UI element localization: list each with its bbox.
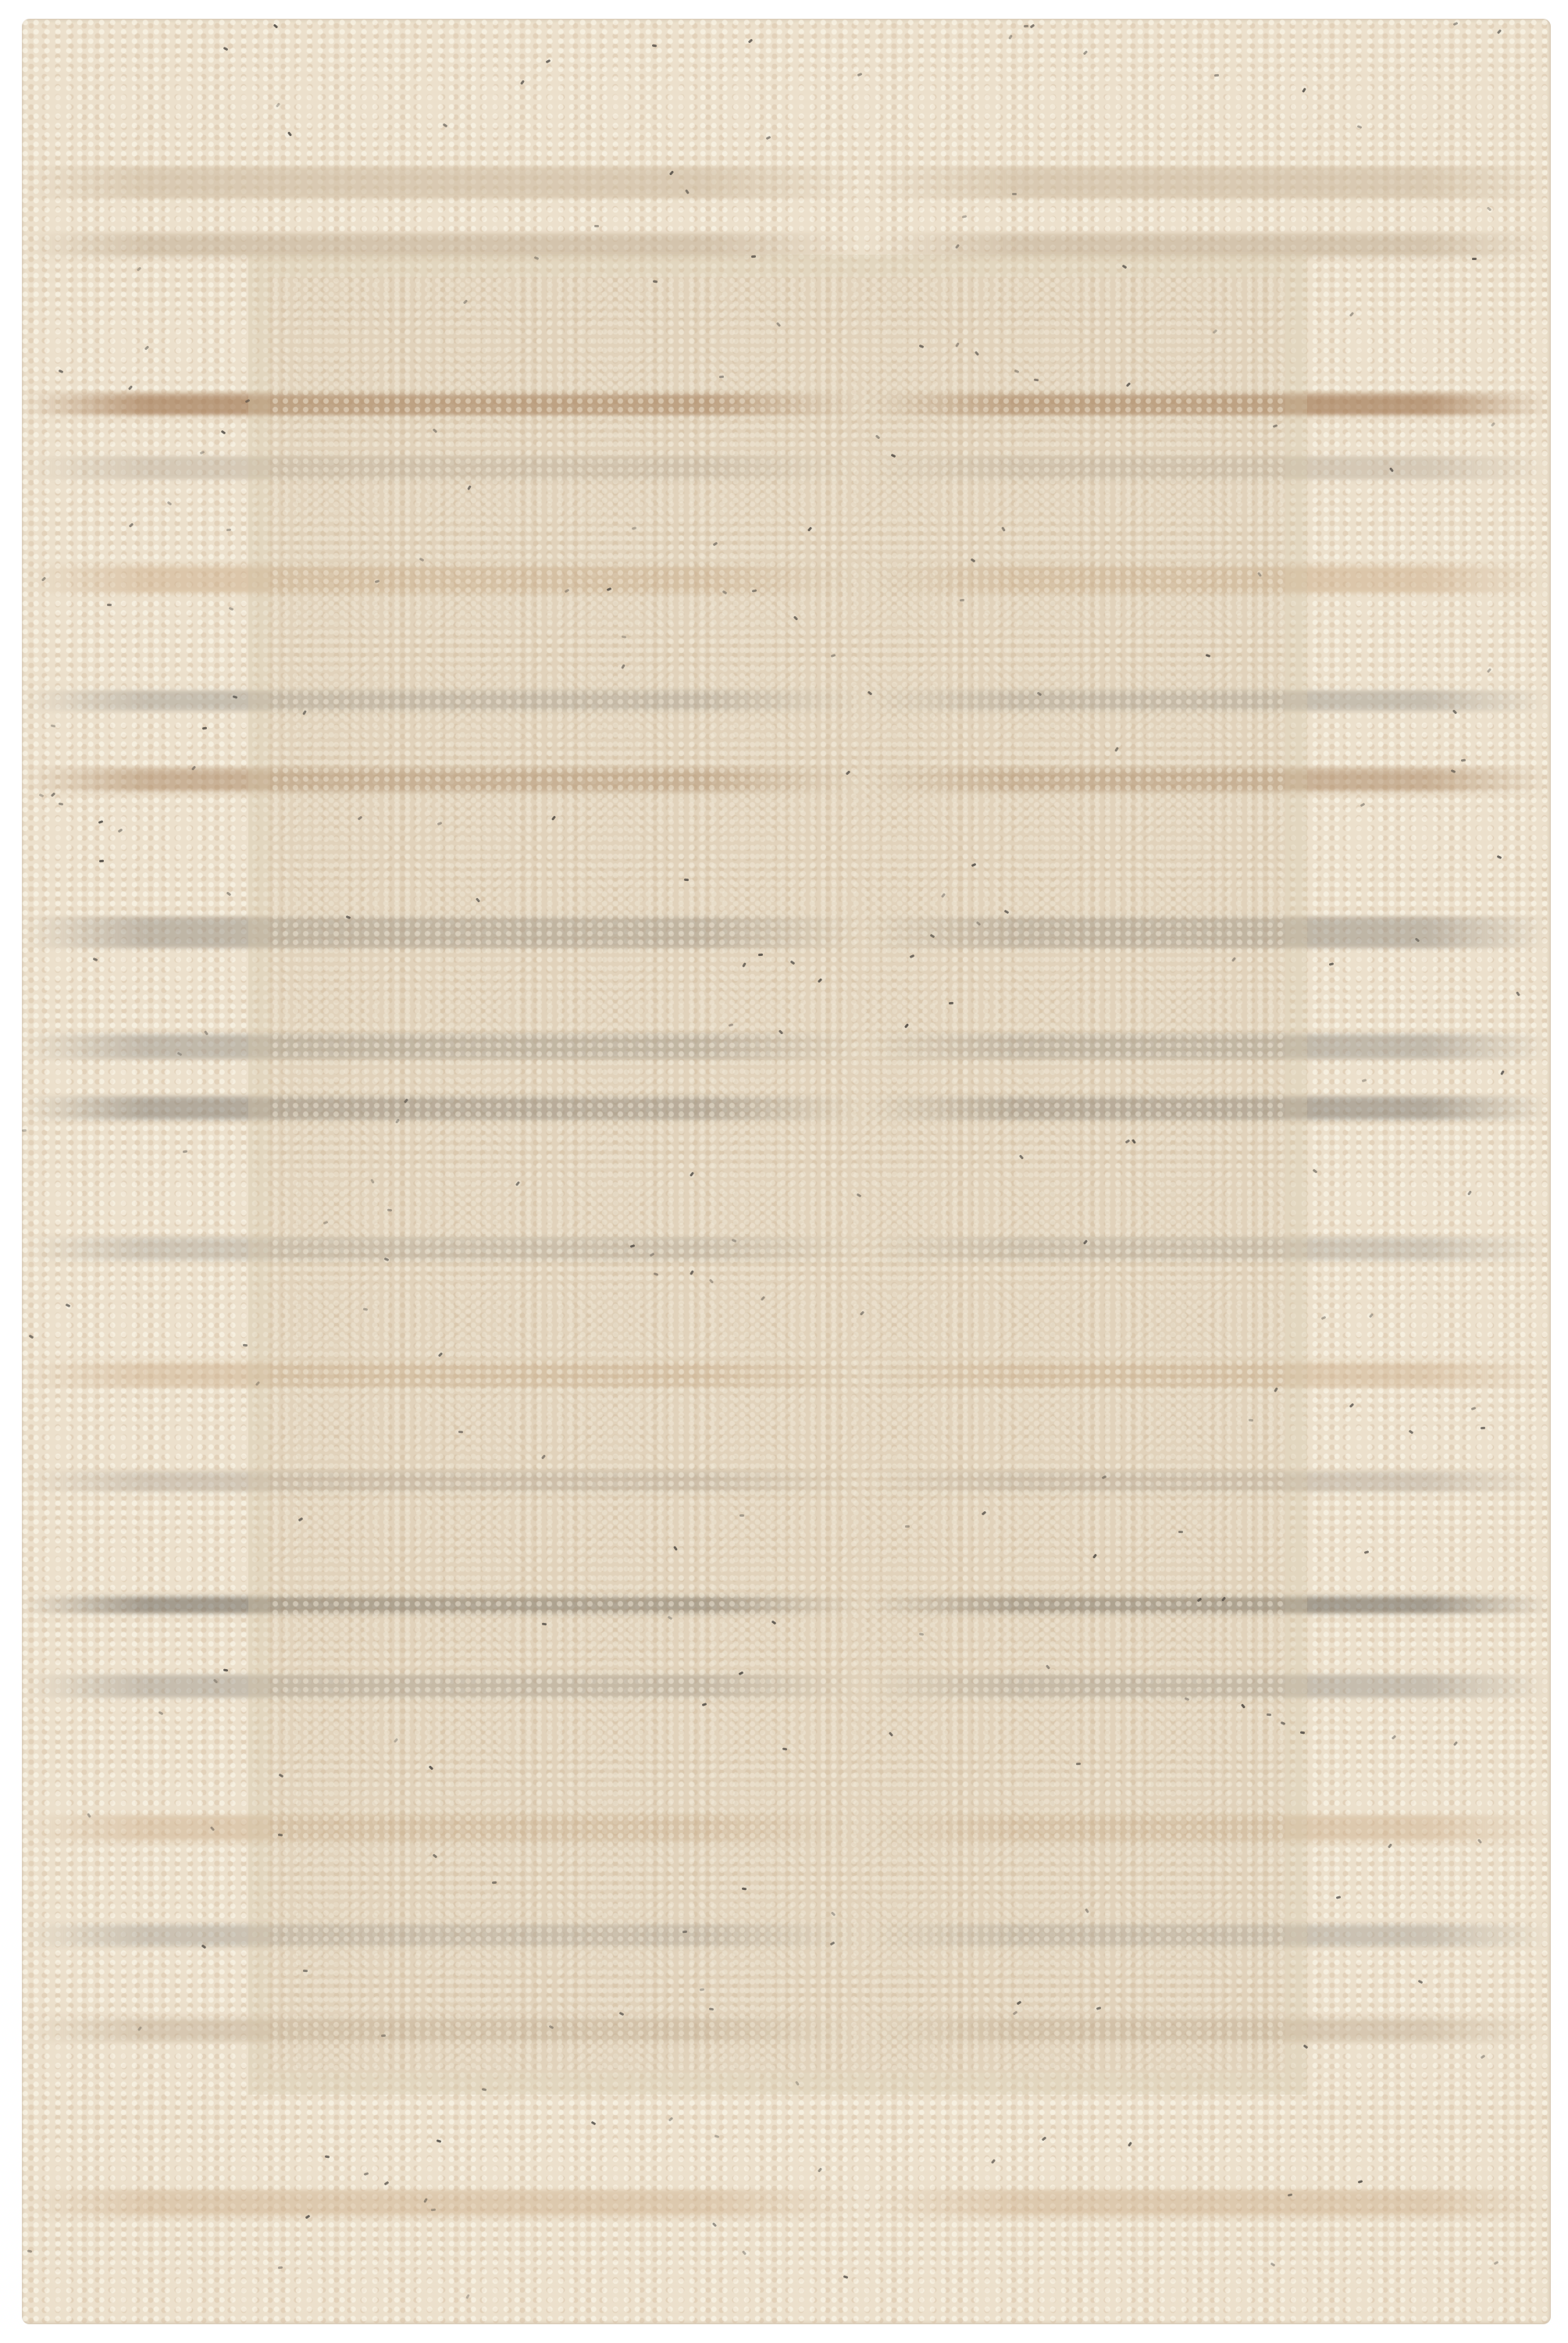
fleck [1178, 1531, 1183, 1533]
fleck [278, 1834, 283, 1837]
fleck [1214, 74, 1219, 77]
fleck [458, 1431, 463, 1434]
rug-stripe [22, 234, 1551, 257]
fleck [1034, 379, 1039, 382]
fleck [739, 1514, 744, 1517]
fleck [1076, 1763, 1081, 1765]
fleck [99, 860, 104, 862]
fleck [303, 1970, 308, 1972]
fleck [22, 1129, 27, 1132]
rug-stripe [22, 2190, 1551, 2216]
fleck [1249, 1419, 1253, 1421]
fleck [684, 879, 689, 881]
fleck [594, 225, 599, 227]
fleck [387, 1209, 392, 1212]
rug-stripe [22, 167, 1551, 198]
fleck [1024, 25, 1028, 27]
fleck [1481, 1427, 1485, 1429]
fleck [949, 1002, 953, 1005]
fleck [107, 604, 112, 606]
fleck [1472, 258, 1477, 260]
fleck [381, 2035, 386, 2037]
rug-inset-field [270, 276, 1285, 2073]
fleck [492, 1881, 497, 1885]
fleck [1267, 1714, 1271, 1716]
fleck [243, 1344, 248, 1346]
fleck [1300, 1731, 1305, 1735]
fleck [751, 255, 756, 258]
fleck [1012, 193, 1017, 195]
fleck [542, 1623, 547, 1626]
rug [22, 19, 1551, 2324]
fleck [742, 1888, 747, 1891]
fleck [758, 954, 763, 956]
fleck [905, 1525, 910, 1528]
fleck [719, 376, 724, 378]
